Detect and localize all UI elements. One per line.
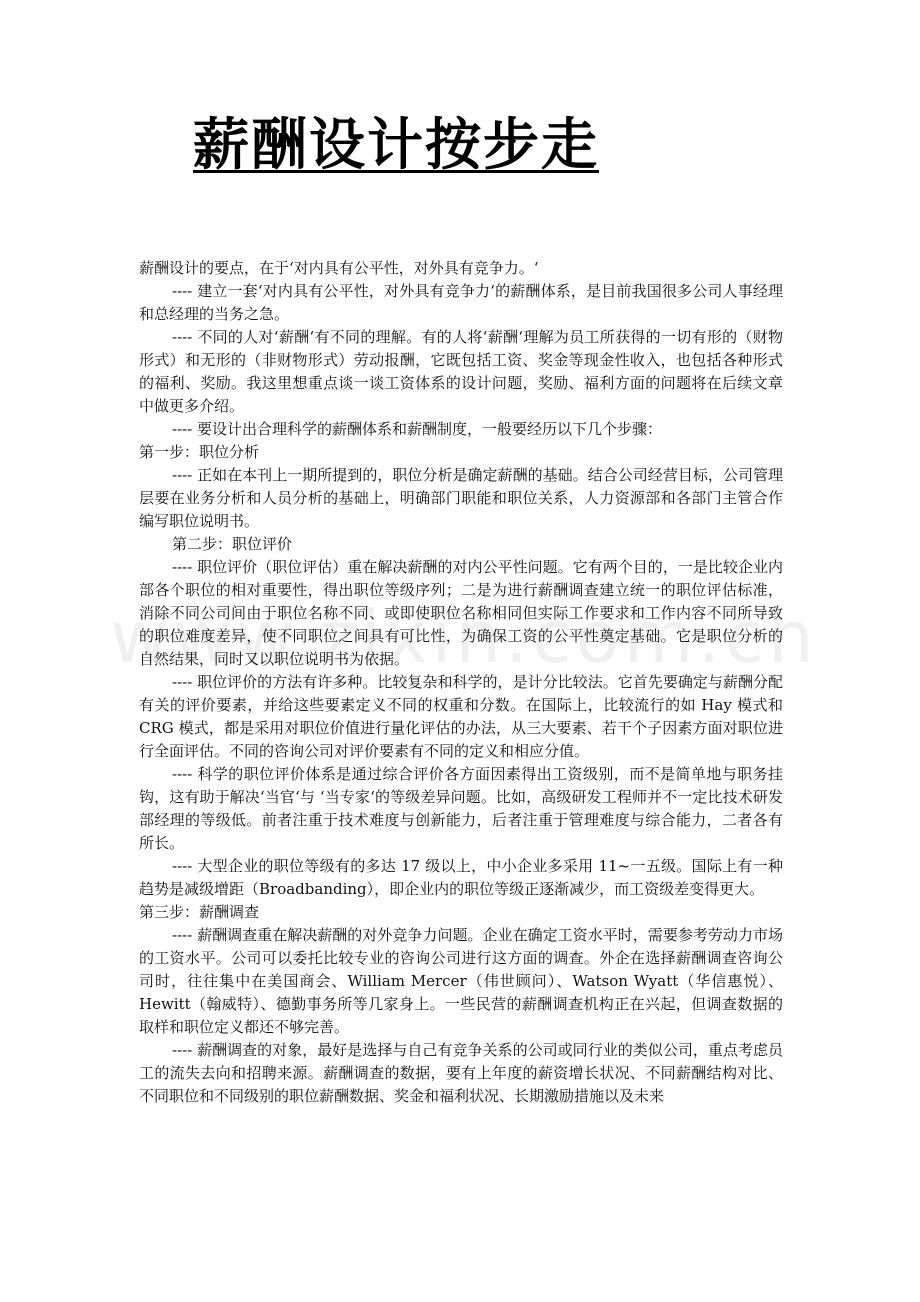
paragraph: ---- 职位评价（职位评估）重在解决薪酬的对内公平性问题。它有两个目的，一是比… bbox=[139, 556, 783, 671]
paragraph: ---- 建立一套‘对内具有公平性，对外具有竞争力‘的薪酬体系，是目前我国很多公… bbox=[139, 280, 783, 326]
section-heading-step-2: 第二步：职位评价 bbox=[139, 533, 783, 556]
paragraph: ---- 正如在本刊上一期所提到的，职位分析是确定薪酬的基础。结合公司经营目标，… bbox=[139, 464, 783, 533]
paragraph: ---- 科学的职位评价体系是通过综合评价各方面因素得出工资级别，而不是简单地与… bbox=[139, 763, 783, 855]
paragraph: ---- 不同的人对‘薪酬‘有不同的理解。有的人将‘薪酬‘理解为员工所获得的一切… bbox=[139, 326, 783, 418]
paragraph: ---- 要设计出合理科学的薪酬体系和薪酬制度，一般要经历以下几个步骤： bbox=[139, 418, 783, 441]
section-heading-step-1: 第一步：职位分析 bbox=[139, 441, 783, 464]
document-title: 薪酬设计按步走 bbox=[193, 112, 599, 178]
paragraph: ---- 职位评价的方法有许多种。比较复杂和科学的，是计分比较法。它首先要确定与… bbox=[139, 671, 783, 763]
section-heading-step-3: 第三步：薪酬调查 bbox=[139, 901, 783, 924]
document-page: www.zixin.com.cn 薪酬设计按步走 薪酬设计的要点，在于‘对内具有… bbox=[0, 0, 920, 1302]
document-body: 薪酬设计的要点，在于‘对内具有公平性，对外具有竞争力。‘ ---- 建立一套‘对… bbox=[139, 257, 783, 1108]
paragraph-intro: 薪酬设计的要点，在于‘对内具有公平性，对外具有竞争力。‘ bbox=[139, 257, 783, 280]
paragraph: ---- 薪酬调查的对象，最好是选择与自己有竞争关系的公司或同行业的类似公司，重… bbox=[139, 1039, 783, 1108]
paragraph: ---- 大型企业的职位等级有的多达 17 级以上，中小企业多采用 11~一五级… bbox=[139, 855, 783, 901]
paragraph: ---- 薪酬调查重在解决薪酬的对外竞争力问题。企业在确定工资水平时，需要参考劳… bbox=[139, 924, 783, 1039]
